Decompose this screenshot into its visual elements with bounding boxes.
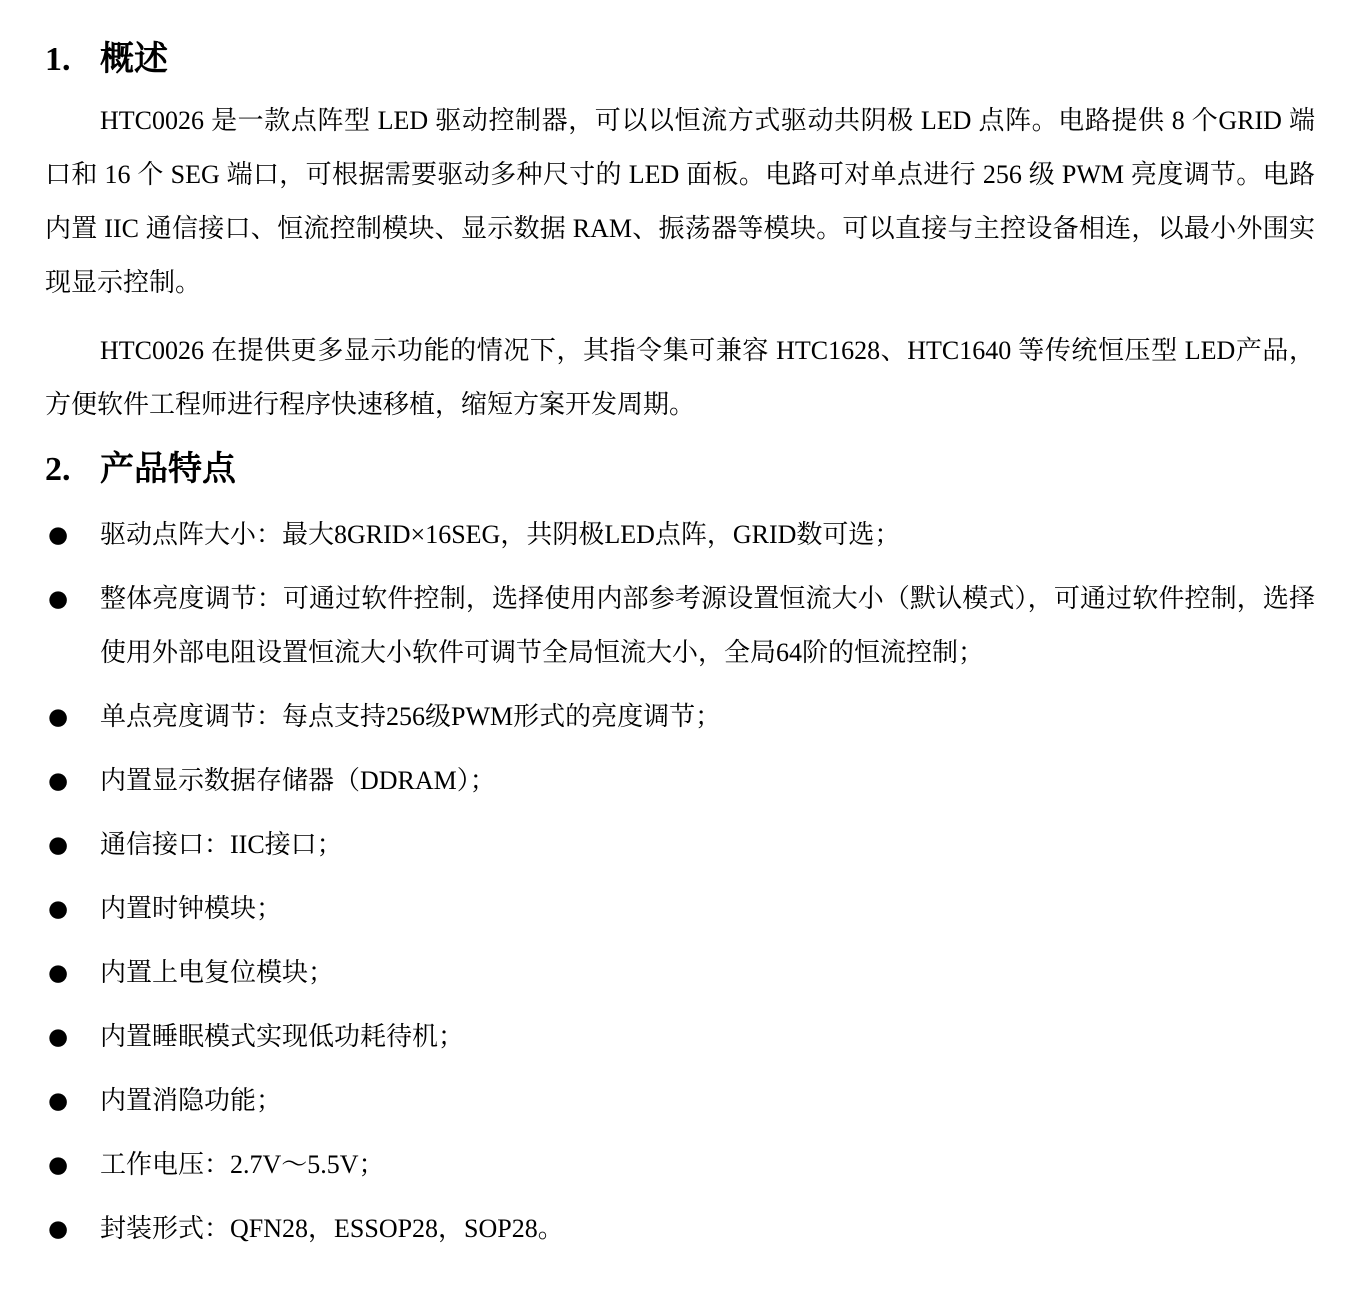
section-overview: 1. 概述 HTC0026 是一款点阵型 LED 驱动控制器，可以以恒流方式驱动… <box>45 38 1315 432</box>
bullet-icon: ● <box>45 1010 100 1064</box>
section-2-title: 产品特点 <box>100 448 236 492</box>
bullet-icon: ● <box>45 882 100 936</box>
list-item: ● 驱动点阵大小：最大8GRID×16SEG，共阴极LED点阵，GRID数可选； <box>45 508 1315 562</box>
section-1-title: 概述 <box>100 38 168 82</box>
overview-paragraph-2: HTC0026 在提供更多显示功能的情况下，其指令集可兼容 HTC1628、HT… <box>45 324 1315 432</box>
section-2-heading: 2. 产品特点 <box>45 448 1315 492</box>
list-item: ● 工作电压：2.7V～5.5V； <box>45 1138 1315 1192</box>
list-item: ● 内置时钟模块； <box>45 882 1315 936</box>
list-item: ● 封装形式：QFN28，ESSOP28，SOP28。 <box>45 1202 1315 1256</box>
list-item: ● 通信接口：IIC接口； <box>45 818 1315 872</box>
list-item: ● 内置显示数据存储器（DDRAM）； <box>45 754 1315 808</box>
bullet-icon: ● <box>45 508 100 562</box>
bullet-icon: ● <box>45 1138 100 1192</box>
section-2-number: 2. <box>45 448 100 492</box>
list-item: ● 内置上电复位模块； <box>45 946 1315 1000</box>
list-item: ● 内置睡眠模式实现低功耗待机； <box>45 1010 1315 1064</box>
bullet-icon: ● <box>45 946 100 1000</box>
feature-text: 内置消隐功能； <box>100 1074 1315 1128</box>
feature-text: 内置睡眠模式实现低功耗待机； <box>100 1010 1315 1064</box>
list-item: ● 整体亮度调节：可通过软件控制，选择使用内部参考源设置恒流大小（默认模式），可… <box>45 572 1315 680</box>
list-item: ● 内置消隐功能； <box>45 1074 1315 1128</box>
feature-text: 驱动点阵大小：最大8GRID×16SEG，共阴极LED点阵，GRID数可选； <box>100 508 1315 562</box>
bullet-icon: ● <box>45 754 100 808</box>
bullet-icon: ● <box>45 818 100 872</box>
feature-text: 工作电压：2.7V～5.5V； <box>100 1138 1315 1192</box>
feature-text: 通信接口：IIC接口； <box>100 818 1315 872</box>
bullet-icon: ● <box>45 572 100 626</box>
feature-text: 单点亮度调节：每点支持256级PWM形式的亮度调节； <box>100 690 1315 744</box>
bullet-icon: ● <box>45 1074 100 1128</box>
bullet-icon: ● <box>45 690 100 744</box>
feature-list: ● 驱动点阵大小：最大8GRID×16SEG，共阴极LED点阵，GRID数可选；… <box>45 508 1315 1256</box>
section-features: 2. 产品特点 ● 驱动点阵大小：最大8GRID×16SEG，共阴极LED点阵，… <box>45 448 1315 1256</box>
section-1-number: 1. <box>45 38 100 82</box>
feature-text: 内置时钟模块； <box>100 882 1315 936</box>
bullet-icon: ● <box>45 1202 100 1256</box>
feature-text: 内置显示数据存储器（DDRAM）； <box>100 754 1315 808</box>
feature-text: 内置上电复位模块； <box>100 946 1315 1000</box>
overview-paragraph-1: HTC0026 是一款点阵型 LED 驱动控制器，可以以恒流方式驱动共阴极 LE… <box>45 94 1315 310</box>
feature-text: 封装形式：QFN28，ESSOP28，SOP28。 <box>100 1202 1315 1256</box>
feature-text: 整体亮度调节：可通过软件控制，选择使用内部参考源设置恒流大小（默认模式），可通过… <box>100 572 1315 680</box>
list-item: ● 单点亮度调节：每点支持256级PWM形式的亮度调节； <box>45 690 1315 744</box>
document-page: 1. 概述 HTC0026 是一款点阵型 LED 驱动控制器，可以以恒流方式驱动… <box>0 0 1360 1292</box>
section-1-heading: 1. 概述 <box>45 38 1315 82</box>
